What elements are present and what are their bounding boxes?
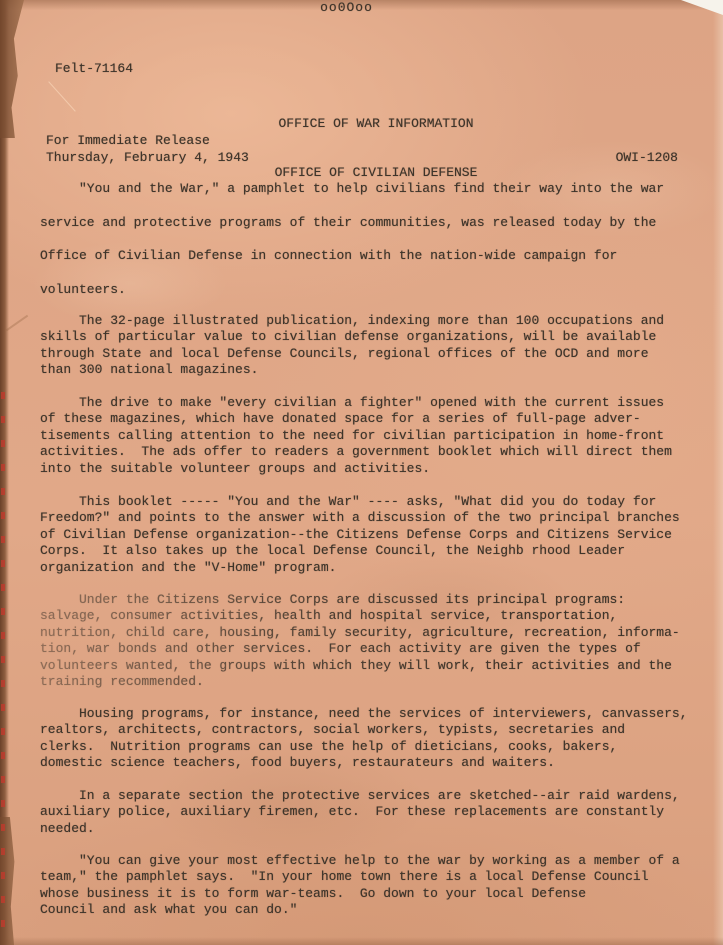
- doc-number: OWI-1208: [616, 150, 678, 165]
- agency-line-2: OFFICE OF CIVILIAN DEFENSE: [40, 165, 712, 181]
- binding-edge-top: [0, 0, 24, 138]
- page-bottom-edge: [0, 937, 723, 945]
- text-line: tion, war bonds and other services. For …: [40, 641, 712, 657]
- text-line: of these magazines, which have donated s…: [40, 411, 712, 427]
- text-line: service and protective programs of their…: [40, 215, 712, 249]
- paragraph: "You and the War," a pamphlet to help ci…: [40, 181, 712, 315]
- paper-crease: [6, 315, 28, 332]
- paragraph: This booklet ----- "You and the War" ---…: [40, 494, 712, 576]
- document-page: Felt-71164 OFFICE OF WAR INFORMATION OFF…: [0, 0, 723, 945]
- release-line: For Immediate Release: [46, 133, 210, 148]
- text-line: "You and the War," a pamphlet to help ci…: [40, 181, 712, 215]
- paragraph: The drive to make "every civilian a figh…: [40, 395, 712, 477]
- text-line: Freedom?" and points to the answer with …: [40, 510, 712, 526]
- text-line: activities. The ads offer to readers a g…: [40, 444, 712, 460]
- text-line: training recommended.: [40, 674, 712, 690]
- paragraph: The 32-page illustrated publication, ind…: [40, 313, 712, 379]
- text-line: team," the pamphlet says. "In your home …: [40, 869, 712, 885]
- text-line: tisements calling attention to the need …: [40, 428, 712, 444]
- text-line: volunteers.: [40, 282, 712, 316]
- text-line: The drive to make "every civilian a figh…: [40, 395, 712, 411]
- text-line: through State and local Defense Councils…: [40, 346, 712, 362]
- text-line: clerks. Nutrition programs can use the h…: [40, 739, 712, 755]
- page-right-edge: [713, 0, 723, 945]
- text-line: whose business it is to form war-teams. …: [40, 886, 712, 902]
- text-line: Under the Citizens Service Corps are dis…: [40, 592, 712, 608]
- text-line: Council and ask what you can do.": [40, 902, 712, 918]
- red-stitch-marks: [1, 392, 5, 940]
- text-line: The 32-page illustrated publication, ind…: [40, 313, 712, 329]
- text-line: than 300 national magazines.: [40, 362, 712, 378]
- text-line: volunteers wanted, the groups with which…: [40, 658, 712, 674]
- paragraph: Under the Citizens Service Corps are dis…: [40, 592, 712, 690]
- paragraph: In a separate section the protective ser…: [40, 788, 712, 837]
- text-line: of Civilian Defense organization--the Ci…: [40, 527, 712, 543]
- text-line: into the suitable volunteer groups and a…: [40, 461, 712, 477]
- text-line: nutrition, child care, housing, family s…: [40, 625, 712, 641]
- text-line: Corps. It also takes up the local Defens…: [40, 543, 712, 559]
- text-line: Housing programs, for instance, need the…: [40, 706, 712, 722]
- end-mark: oo0Ooo: [0, 0, 708, 15]
- date-row: Thursday, February 4, 1943 OWI-1208: [46, 150, 678, 165]
- text-line: This booklet ----- "You and the War" ---…: [40, 494, 712, 510]
- paragraph: Housing programs, for instance, need the…: [40, 706, 712, 772]
- text-line: Office of Civilian Defense in connection…: [40, 248, 712, 282]
- text-line: organization and the "V-Home" program.: [40, 560, 712, 576]
- date-line: Thursday, February 4, 1943: [46, 150, 249, 165]
- agency-line-1: OFFICE OF WAR INFORMATION: [40, 116, 712, 132]
- text-line: "You can give your most effective help t…: [40, 853, 712, 869]
- text-line: needed.: [40, 821, 712, 837]
- text-line: domestic science teachers, food buyers, …: [40, 755, 712, 771]
- paragraph: "You can give your most effective help t…: [40, 853, 712, 919]
- text-line: salvage, consumer activities, health and…: [40, 608, 712, 624]
- text-line: realtors, architects, contractors, socia…: [40, 722, 712, 738]
- text-line: auxiliary police, auxiliary firemen, etc…: [40, 804, 712, 820]
- file-reference: Felt-71164: [55, 61, 133, 76]
- text-line: In a separate section the protective ser…: [40, 788, 712, 804]
- text-line: skills of particular value to civilian d…: [40, 329, 712, 345]
